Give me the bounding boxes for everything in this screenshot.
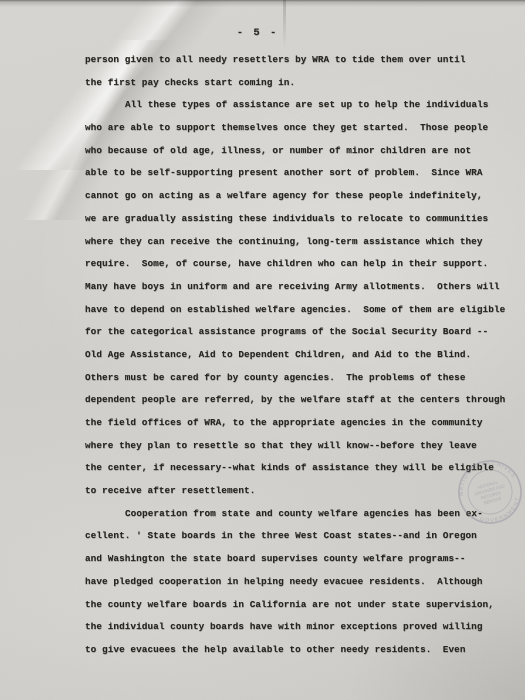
page-number: - 5 - (0, 27, 515, 39)
text-line: have to depend on established welfare ag… (85, 299, 515, 322)
text-line: where they plan to resettle so that they… (85, 435, 515, 458)
text-line: require. Some, of course, have children … (85, 253, 515, 276)
text-line: All these types of assistance are set up… (85, 94, 515, 117)
text-line: person given to all needy resettlers by … (85, 49, 515, 72)
text-line: where they can receive the continuing, l… (85, 231, 515, 254)
text-line: the individual county boards have with m… (85, 616, 515, 639)
text-line: dependent people are referred, by the we… (85, 389, 515, 412)
document-page: - 5 - person given to all needy resettle… (0, 0, 525, 700)
text-line: Old Age Assistance, Aid to Dependent Chi… (85, 344, 515, 367)
text-line: cannot go on acting as a welfare agency … (85, 185, 515, 208)
text-line: to receive after resettlement. (85, 480, 515, 503)
text-line: Many have boys in uniform and are receiv… (85, 276, 515, 299)
text-line: and Washington the state board supervise… (85, 548, 515, 571)
text-line: the center, if necessary--what kinds of … (85, 457, 515, 480)
text-line: Cooperation from state and county welfar… (85, 503, 515, 526)
text-line: we are gradually assisting these individ… (85, 208, 515, 231)
text-line: cellent. ' State boards in the three Wes… (85, 525, 515, 548)
text-line: for the categorical assistance programs … (85, 321, 515, 344)
crease-top-center (283, 0, 286, 48)
scan-edge-shadow (0, 0, 525, 7)
text-line: who because of old age, illness, or numb… (85, 140, 515, 163)
text-line: to give evacuees the help available to o… (85, 639, 515, 662)
text-line: the field offices of WRA, to the appropr… (85, 412, 515, 435)
text-line: Others must be cared for by county agenc… (85, 367, 515, 390)
text-line: the county welfare boards in California … (85, 594, 515, 617)
document-lines: person given to all needy resettlers by … (85, 49, 515, 662)
text-line: have pledged cooperation in helping need… (85, 571, 515, 594)
text-line: the first pay checks start coming in. (85, 72, 515, 95)
text-line: who are able to support themselves once … (85, 117, 515, 140)
text-line: able to be self-supporting present anoth… (85, 162, 515, 185)
